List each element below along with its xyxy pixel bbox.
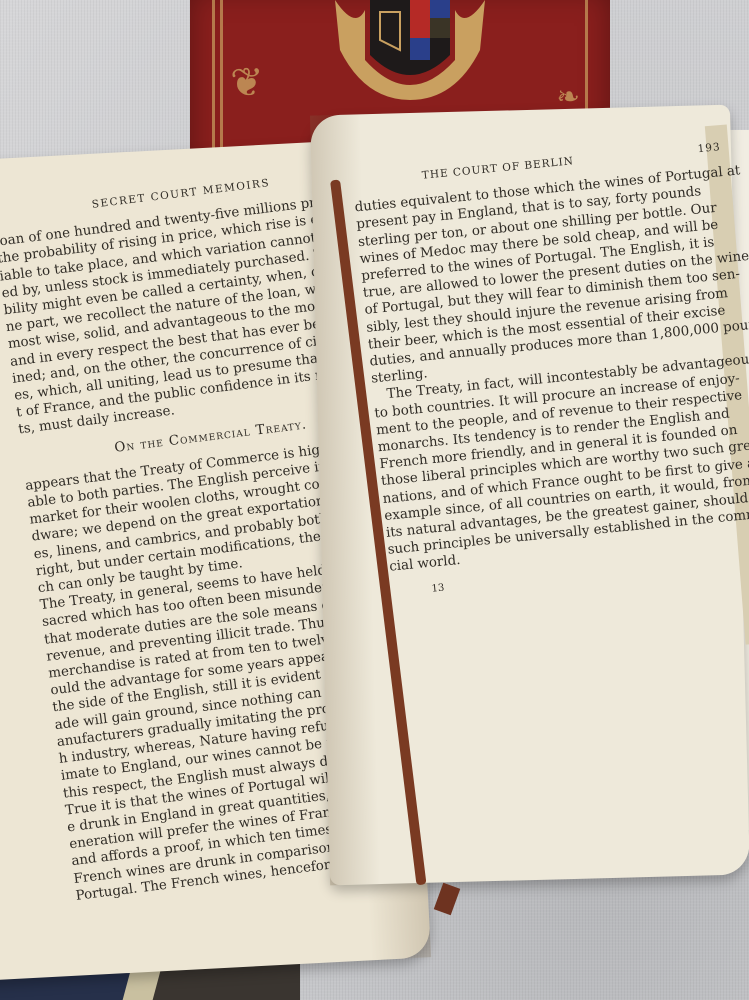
photo-scene: ❦ ❧ SECRET COURT MEMOIRS loan of one hun… — [0, 0, 749, 1000]
page-number: 193 — [697, 139, 722, 158]
gilt-flourish-icon: ❦ — [230, 60, 264, 106]
right-page-text: THE COURT OF BERLIN 193 duties equivalen… — [352, 136, 749, 602]
royal-coat-of-arms-icon — [325, 0, 495, 100]
